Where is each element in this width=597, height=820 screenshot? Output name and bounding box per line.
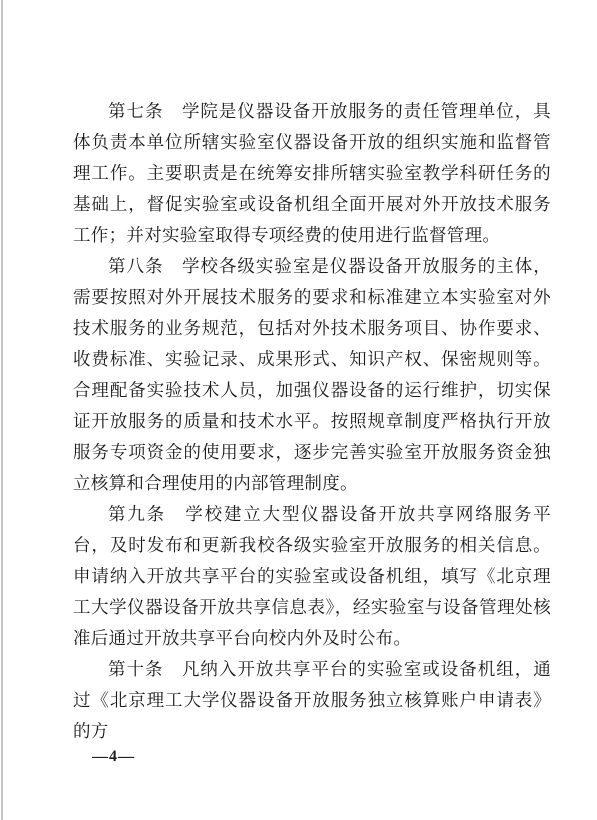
paragraph-article-10: 第十条 凡纳入开放共享平台的实验室或设备机组，通过《北京理工大学仪器设备开放服务… — [73, 654, 551, 747]
document-page: 第七条 学院是仪器设备开放服务的责任管理单位，具体负责本单位所辖实验室仪器设备开… — [0, 0, 597, 820]
paragraph-article-8: 第八条 学校各级实验室是仪器设备开放服务的主体，需要按照对外开展技术服务的要求和… — [73, 251, 551, 499]
paragraph-article-7: 第七条 学院是仪器设备开放服务的责任管理单位，具体负责本单位所辖实验室仪器设备开… — [73, 96, 551, 251]
paragraph-article-9: 第九条 学校建立大型仪器设备开放共享网络服务平台，及时发布和更新我校各级实验室开… — [73, 499, 551, 654]
page-number: —4— — [92, 748, 135, 766]
page-left-edge-line — [1, 0, 3, 820]
document-body: 第七条 学院是仪器设备开放服务的责任管理单位，具体负责本单位所辖实验室仪器设备开… — [73, 96, 551, 747]
